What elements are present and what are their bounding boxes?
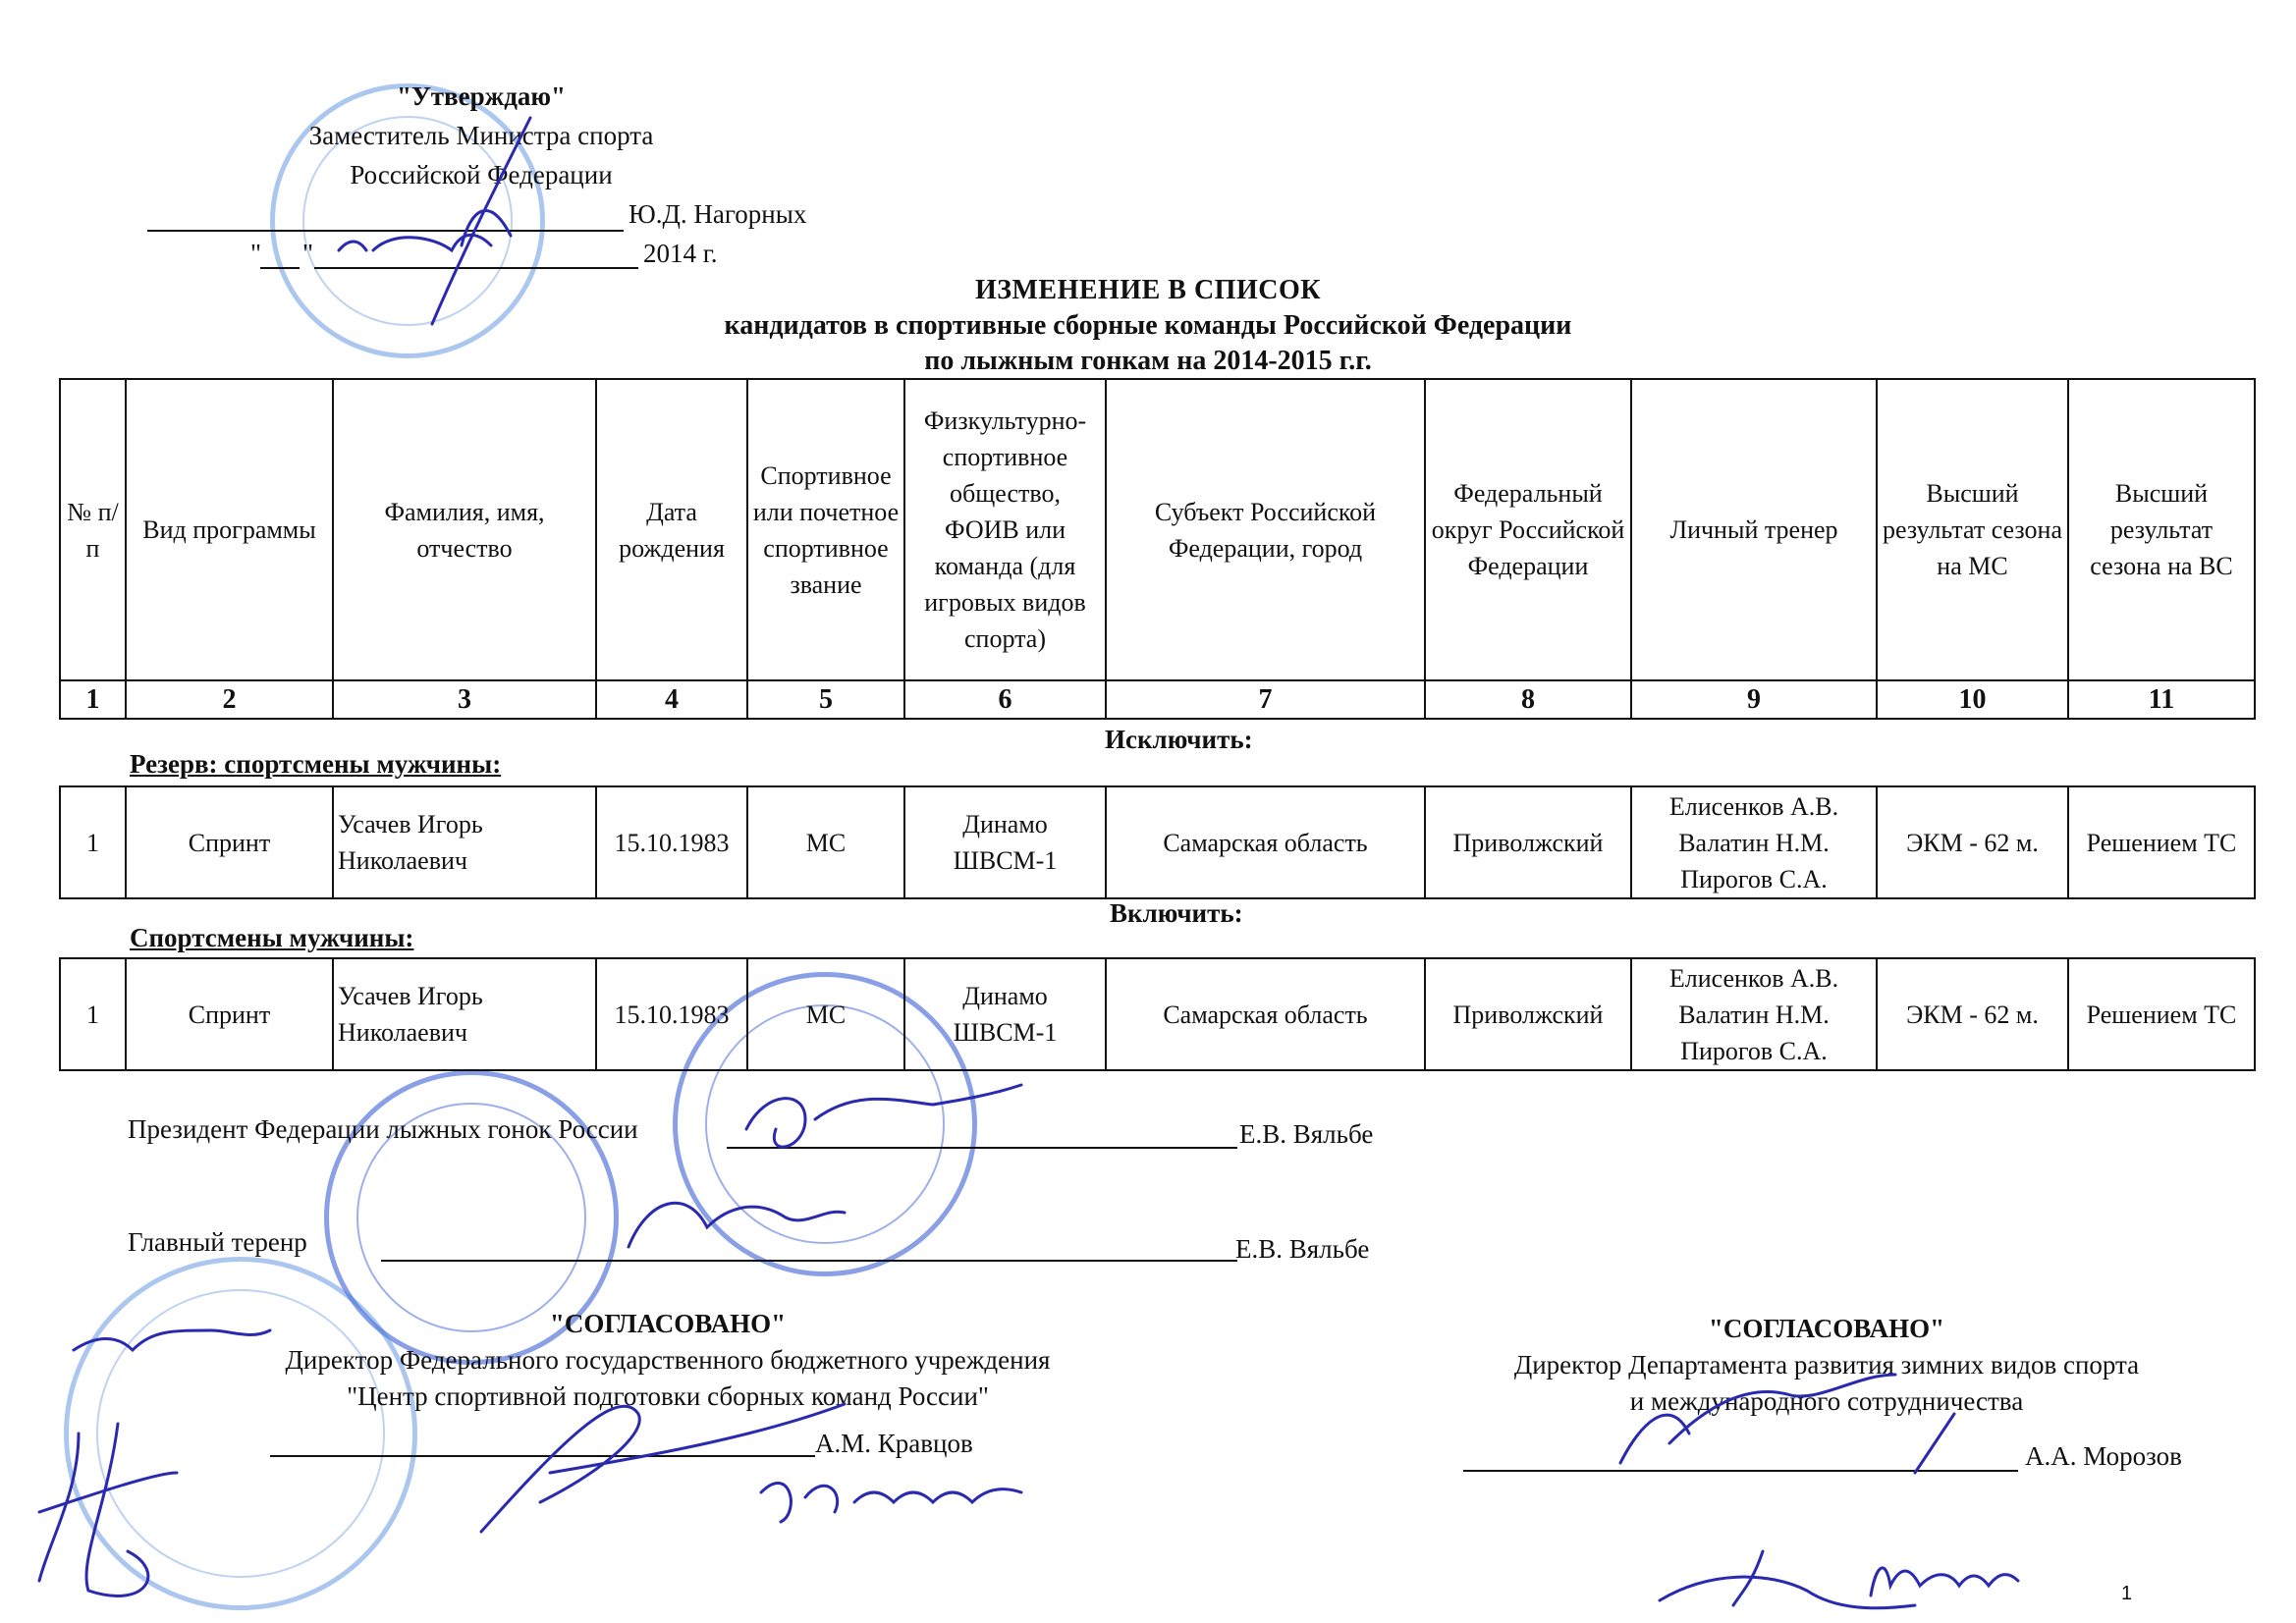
cell-no: 1 [60, 958, 126, 1070]
agreed-left-block: "СОГЛАСОВАНО" Директор Федерального госу… [196, 1306, 1139, 1415]
header-table: № п/п Вид программы Фамилия, имя, отчест… [59, 378, 2256, 720]
cell-best-vs: Решением ТС [2068, 958, 2255, 1070]
coach-name: Е.В. Вяльбе [1235, 1234, 1369, 1265]
exclude-group: Резерв: спортсмены мужчины: [130, 749, 501, 780]
agreed-right-heading: "СОГЛАСОВАНО" [1453, 1311, 2200, 1347]
agreed-left-line1: Директор Федерального государственного б… [196, 1342, 1139, 1379]
cell-name-line2: Николаевич [338, 1014, 591, 1051]
cell-name: Усачев Игорь Николаевич [333, 958, 596, 1070]
agreed-left-line2: "Центр спортивной подготовки сборных ком… [196, 1379, 1139, 1415]
agreed-right-line1: Директор Департамента развития зимних ви… [1453, 1347, 2200, 1383]
cell-rank: МС [747, 786, 904, 898]
cell-best-ms: ЭКМ - 62 м. [1877, 958, 2068, 1070]
cell-club-line1: Динамо [909, 978, 1101, 1014]
president-name: Е.В. Вяльбе [1239, 1119, 1373, 1150]
exclude-table: 1 Спринт Усачев Игорь Николаевич 15.10.1… [59, 785, 2256, 899]
cell-club-line2: ШВСМ-1 [909, 1014, 1101, 1051]
header-name: Фамилия, имя, отчество [333, 379, 596, 680]
title-line2: кандидатов в спортивные сборные команды … [0, 308, 2296, 344]
approval-date-day [260, 242, 300, 269]
cell-district: Приволжский [1425, 958, 1631, 1070]
approval-block: "Утверждаю" Заместитель Министра спорта … [147, 77, 835, 273]
colnum-9: 9 [1631, 680, 1877, 719]
include-table: 1 Спринт Усачев Игорь Николаевич 15.10.1… [59, 957, 2256, 1071]
colnum-10: 10 [1877, 680, 2068, 719]
cell-coach: Елисенков А.В. Валатин Н.М. Пирогов С.А. [1631, 958, 1877, 1070]
cell-coach: Елисенков А.В. Валатин Н.М. Пирогов С.А. [1631, 786, 1877, 898]
header-rank: Спортивное или почетное спортивное звани… [747, 379, 904, 680]
approval-position-line1: Заместитель Министра спорта [265, 116, 697, 155]
cell-coach-line2: Валатин Н.М. [1636, 997, 1872, 1033]
colnum-2: 2 [126, 680, 333, 719]
colnum-5: 5 [747, 680, 904, 719]
exclude-label: Исключить: [1105, 725, 1253, 755]
include-group: Спортсмены мужчины: [130, 923, 413, 953]
title-line3: по лыжным гонкам на 2014-2015 г.г. [0, 344, 2296, 379]
colnum-7: 7 [1106, 680, 1425, 719]
colnum-6: 6 [904, 680, 1106, 719]
coach-title: Главный теренр [128, 1227, 307, 1258]
cell-name: Усачев Игорь Николаевич [333, 786, 596, 898]
cell-name-line2: Николаевич [338, 842, 591, 879]
cell-best-ms: ЭКМ - 62 м. [1877, 786, 2068, 898]
president-signature-line [727, 1147, 1237, 1149]
header-no: № п/п [60, 379, 126, 680]
cell-name-line1: Усачев Игорь [338, 806, 591, 842]
document-title: ИЗМЕНЕНИЕ В СПИСОК кандидатов в спортивн… [0, 273, 2296, 379]
cell-coach-line1: Елисенков А.В. [1636, 788, 1872, 825]
president-title: Президент Федерации лыжных гонок России [128, 1114, 638, 1145]
cell-birth: 15.10.1983 [596, 786, 747, 898]
agreed-right-signer: А.А. Морозов [2025, 1441, 2182, 1472]
cell-coach-line3: Пирогов С.А. [1636, 861, 1872, 897]
agreed-right-block: "СОГЛАСОВАНО" Директор Департамента разв… [1453, 1311, 2200, 1420]
cell-club: Динамо ШВСМ-1 [904, 786, 1106, 898]
approval-signature-line [147, 204, 624, 232]
colnum-1: 1 [60, 680, 126, 719]
cell-program: Спринт [126, 958, 333, 1070]
colnum-3: 3 [333, 680, 596, 719]
title-line1: ИЗМЕНЕНИЕ В СПИСОК [0, 273, 2296, 308]
colnum-11: 11 [2068, 680, 2255, 719]
agreed-left-signer: А.М. Кравцов [815, 1429, 973, 1459]
cell-coach-line2: Валатин Н.М. [1636, 825, 1872, 861]
cell-club-line1: Динамо [909, 806, 1101, 842]
table-row: 1 Спринт Усачев Игорь Николаевич 15.10.1… [60, 958, 2255, 1070]
cell-coach-line1: Елисенков А.В. [1636, 960, 1872, 997]
cell-birth: 15.10.1983 [596, 958, 747, 1070]
cell-region: Самарская область [1106, 786, 1425, 898]
approval-position-line2: Российской Федерации [265, 155, 697, 194]
approval-date-close-quote: " [302, 234, 313, 273]
header-best-ms: Высший результат сезона на МС [1877, 379, 2068, 680]
cell-rank: МС [747, 958, 904, 1070]
colnum-8: 8 [1425, 680, 1631, 719]
approval-heading: "Утверждаю" [265, 77, 697, 116]
cell-coach-line3: Пирогов С.А. [1636, 1033, 1872, 1069]
agreed-left-signature-line [270, 1455, 815, 1457]
cell-club: Динамо ШВСМ-1 [904, 958, 1106, 1070]
column-number-row: 1 2 3 4 5 6 7 8 9 10 11 [60, 680, 2255, 719]
header-birth: Дата рождения [596, 379, 747, 680]
agreed-right-signature-line [1463, 1470, 2018, 1472]
approval-date-month [314, 242, 638, 269]
header-coach: Личный тренер [1631, 379, 1877, 680]
cell-club-line2: ШВСМ-1 [909, 842, 1101, 879]
header-district: Федеральный округ Российской Федерации [1425, 379, 1631, 680]
agreed-right-line2: и международного сотрудничества [1453, 1383, 2200, 1420]
cell-region: Самарская область [1106, 958, 1425, 1070]
header-row: № п/п Вид программы Фамилия, имя, отчест… [60, 379, 2255, 680]
page-number: 1 [2121, 1583, 2132, 1605]
cell-name-line1: Усачев Игорь [338, 978, 591, 1014]
cell-best-vs: Решением ТС [2068, 786, 2255, 898]
coach-signature-line [381, 1260, 1237, 1262]
colnum-4: 4 [596, 680, 747, 719]
header-program: Вид программы [126, 379, 333, 680]
header-best-vs: Высший результат сезона на ВС [2068, 379, 2255, 680]
header-club: Физкультурно-спортивное общество, ФОИВ и… [904, 379, 1106, 680]
table-row: 1 Спринт Усачев Игорь Николаевич 15.10.1… [60, 786, 2255, 898]
include-label: Включить: [1110, 898, 1243, 929]
approval-signer: Ю.Д. Нагорных [629, 194, 806, 234]
approval-date-year: 2014 г. [643, 234, 718, 273]
cell-district: Приволжский [1425, 786, 1631, 898]
cell-no: 1 [60, 786, 126, 898]
cell-program: Спринт [126, 786, 333, 898]
header-region: Субъект Российской Федерации, город [1106, 379, 1425, 680]
agreed-left-heading: "СОГЛАСОВАНО" [196, 1306, 1139, 1342]
